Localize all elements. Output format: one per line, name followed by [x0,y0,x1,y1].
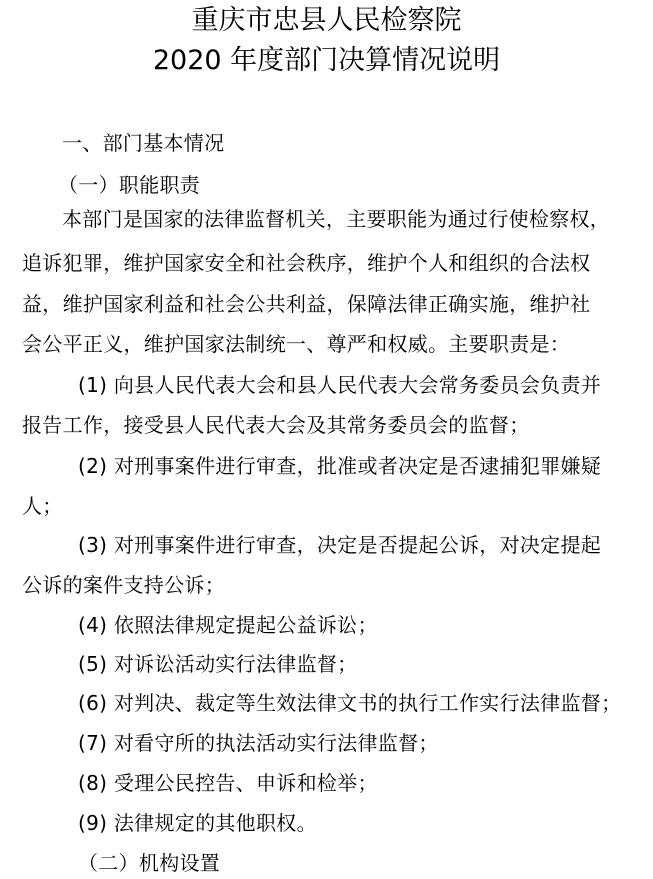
duty-3-line-1: (3) 对刑事案件进行审查，决定是否提起公诉，对决定提起 [78,532,653,558]
intro-line-2: 追诉犯罪，维护国家安全和社会秩序，维护个人和组织的合法权 [22,250,637,276]
duty-6: (6) 对判决、裁定等生效法律文书的执行工作实行法律监督； [78,690,653,716]
duty-8: (8) 受理公民控告、申诉和检举； [78,770,653,796]
duty-9: (9) 法律规定的其他职权。 [78,810,653,836]
intro-line-4: 会公平正义，维护国家法制统一、尊严和权威。主要职责是： [22,331,637,357]
document-title-line2: 2020 年度部门决算情况说明 [0,44,653,78]
subsection1-heading: （一）职能职责 [58,172,653,198]
intro-line-1: 本部门是国家的法律监督机关，主要职能为通过行使检察权， [62,206,653,232]
duty-1-line-2: 报告工作，接受县人民代表大会及其常务委员会的监督； [22,412,637,438]
duty-2-line-1: (2) 对刑事案件进行审查，批准或者决定是否逮捕犯罪嫌疑 [78,453,653,479]
duty-4: (4) 依照法律规定提起公益诉讼； [78,612,653,638]
section1-heading: 一、部门基本情况 [62,130,653,156]
intro-line-3: 益，维护国家利益和社会公共利益，保障法律正确实施，维护社 [22,291,637,317]
duty-5: (5) 对诉讼活动实行法律监督； [78,651,653,677]
duty-1-line-1: (1) 向县人民代表大会和县人民代表大会常务委员会负责并 [78,372,653,398]
duty-7: (7) 对看守所的执法活动实行法律监督； [78,730,653,756]
subsection2-heading: （二）机构设置 [78,850,653,876]
document-title-line1: 重庆市忠县人民检察院 [0,4,653,38]
duty-2-line-2: 人； [22,493,637,519]
duty-3-line-2: 公诉的案件支持公诉； [22,572,637,598]
